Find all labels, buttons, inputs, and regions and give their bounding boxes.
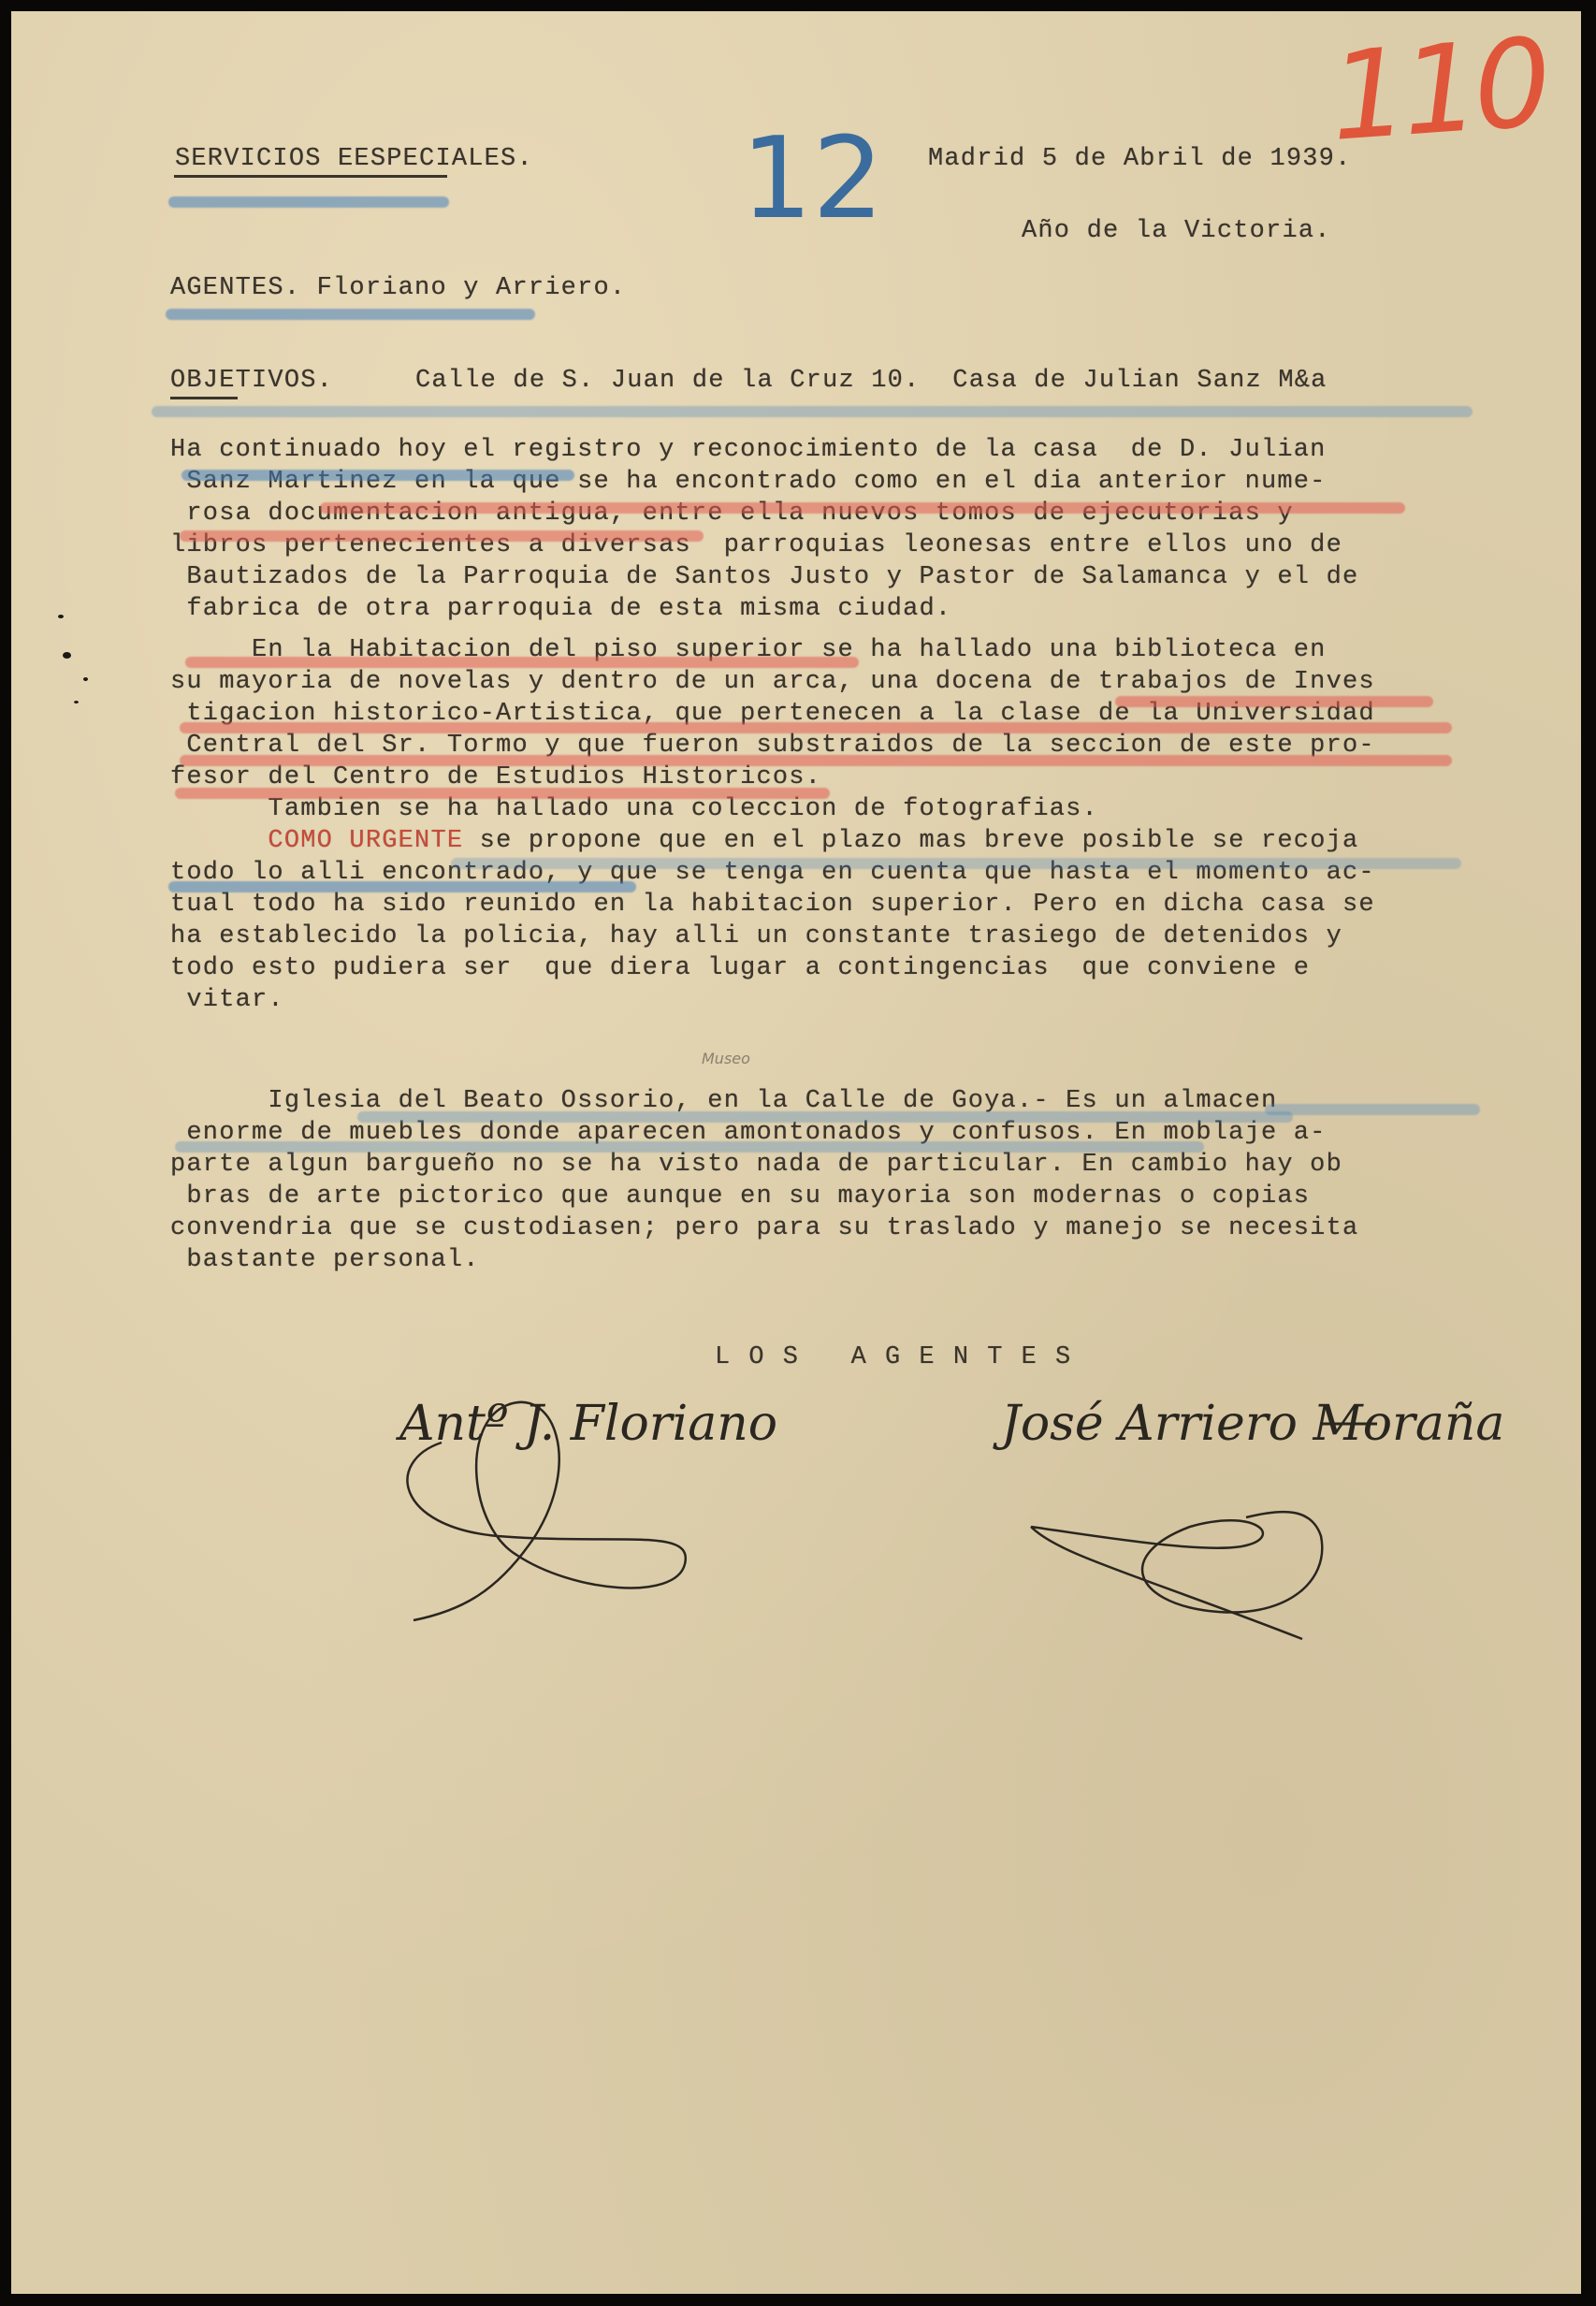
year-motto: Año de la Victoria. <box>1022 219 1331 244</box>
blue-pencil-mark <box>181 470 574 481</box>
blue-pencil-mark <box>1265 1104 1480 1115</box>
red-pencil-mark <box>1115 696 1433 707</box>
blue-pencil-mark <box>175 1141 1204 1153</box>
service-underline <box>174 175 447 178</box>
body-line: Ha continuado hoy el registro y reconoci… <box>170 434 1327 467</box>
blue-pencil-mark <box>168 881 636 892</box>
ink-spot <box>63 652 71 659</box>
signature-flourishes <box>385 1368 1583 1648</box>
body-line: Bautizados de la Parroquia de Santos Jus… <box>170 561 1358 594</box>
urgent-line: COMO URGENTE se propone que en el plazo … <box>170 825 1358 858</box>
body-line: todo esto pudiera ser que diera lugar a … <box>170 952 1310 985</box>
ink-spot <box>58 615 64 618</box>
date-line: Madrid 5 de Abril de 1939. <box>928 147 1351 172</box>
section-line: convendria que se custodiasen; pero para… <box>170 1212 1358 1245</box>
section-line: bras de arte pictorico que aunque en su … <box>170 1181 1310 1213</box>
body-line: vitar. <box>170 984 284 1017</box>
body-line: ha establecido la policia, hay alli un c… <box>170 921 1342 953</box>
closing-agents: L O S A G E N T E S <box>715 1345 1072 1371</box>
blue-pencil-mark <box>451 858 1461 869</box>
section-line: parte algun bargueño no se ha visto nada… <box>170 1149 1342 1182</box>
red-pencil-mark <box>180 722 1452 733</box>
objectives-underline <box>170 397 238 399</box>
blue-pencil-mark <box>166 309 535 320</box>
handwritten-note: Museo <box>702 1050 750 1067</box>
objectives-label: OBJETIVOS. <box>170 369 333 394</box>
red-pencil-mark <box>175 788 830 799</box>
folio-number-blue: 12 <box>741 114 884 244</box>
ink-spot <box>74 701 79 703</box>
blue-pencil-mark <box>357 1111 1293 1123</box>
service-heading: SERVICIOS EESPECIALES. <box>175 147 533 172</box>
red-pencil-mark <box>320 502 1405 514</box>
red-pencil-mark <box>180 530 704 542</box>
urgent-phrase: COMO URGENTE <box>268 827 463 855</box>
blue-pencil-mark <box>152 406 1473 417</box>
body-line: su mayoria de novelas y dentro de un arc… <box>170 666 1375 699</box>
ink-spot <box>83 677 88 681</box>
blue-pencil-mark <box>168 196 449 208</box>
section-line: bastante personal. <box>170 1244 480 1277</box>
red-pencil-mark <box>185 657 859 668</box>
red-pencil-mark <box>180 755 1452 766</box>
archive-number-red: 110 <box>1326 11 1550 168</box>
objectives-text: Calle de S. Juan de la Cruz 10. Casa de … <box>415 369 1328 394</box>
body-line: tual todo ha sido reunido en la habitaci… <box>170 889 1375 921</box>
church-section: Iglesia del Beato Ossorio, en la Calle d… <box>170 1085 236 1343</box>
body-line: fabrica de otra parroquia de esta misma … <box>170 593 951 626</box>
document-page: 110 12 SERVICIOS EESPECIALES. Madrid 5 d… <box>11 11 1581 2294</box>
agents-line: AGENTES. Floriano y Arriero. <box>170 276 626 301</box>
